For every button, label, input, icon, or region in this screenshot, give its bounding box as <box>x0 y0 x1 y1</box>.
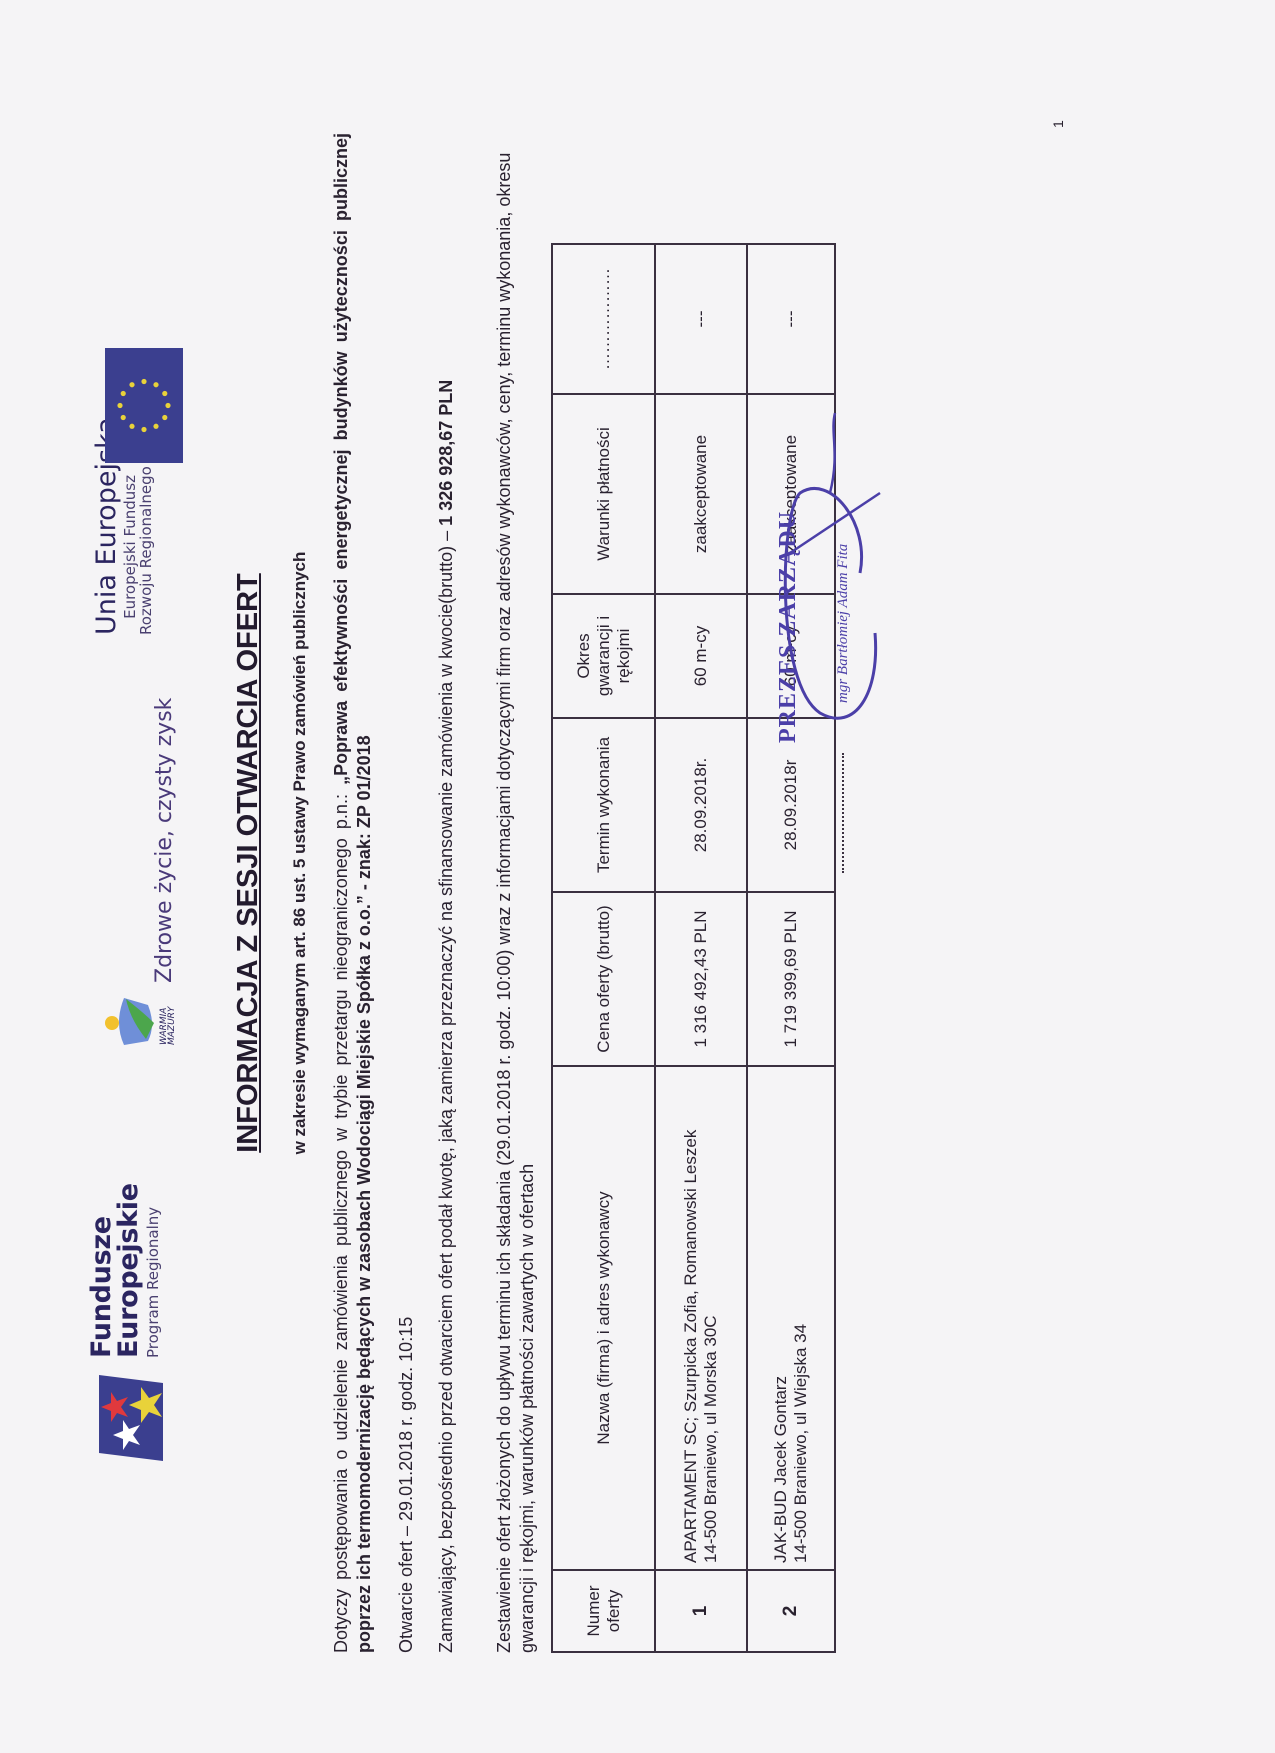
offer-deadline: 28.09.2018r. <box>655 718 747 892</box>
funds-logo-text: Fundusze Europejskie Program Regionalny <box>88 1183 161 1358</box>
page-title: INFORMACJA Z SESJI OTWARCIA OFERT <box>232 453 265 1273</box>
table-row: 1 APARTAMENT SC; Szurpicka Zofia, Romano… <box>655 244 747 1652</box>
svg-text:MAZURY: MAZURY <box>167 1005 175 1045</box>
header-price: Cena oferty (brutto) <box>552 892 655 1066</box>
header-number: Numer oferty <box>552 1570 655 1652</box>
eu-flag-icon <box>105 348 183 463</box>
scanned-page: Fundusze Europejskie Program Regionalny … <box>0 0 1275 1753</box>
offer-contractor: JAK-BUD Jacek Gontarz 14-500 Braniewo, u… <box>747 1066 835 1570</box>
page-subtitle: w zakresie wymaganym art. 86 ust. 5 usta… <box>290 253 310 1453</box>
table-header-row: Numer oferty Nazwa (firma) i adres wykon… <box>552 244 655 1652</box>
offer-contractor: APARTAMENT SC; Szurpicka Zofia, Romanows… <box>655 1066 747 1570</box>
offer-number: 1 <box>655 1570 747 1652</box>
budget-amount: 1 326 928,67 PLN <box>436 380 456 526</box>
header-warranty: Okres gwarancji i rękojmi <box>552 594 655 718</box>
procedure-intro: Dotyczy postępowania o udzielenie zamówi… <box>331 785 351 1653</box>
offer-warranty: 60 m-cy <box>655 594 747 718</box>
offer-price: 1 316 492,43 PLN <box>655 892 747 1066</box>
regional-slogan: Zdrowe życie, czysty zysk <box>152 698 177 983</box>
warmia-mazury-icon: WARMIA MAZURY <box>100 983 175 1053</box>
opening-date: Otwarcie ofert – 29.01.2018 r. godz. 10:… <box>395 1317 418 1653</box>
offer-extra: --- <box>747 244 835 394</box>
header-name: Nazwa (firma) i adres wykonawcy <box>552 1066 655 1570</box>
offer-number: 2 <box>747 1570 835 1652</box>
offers-summary: Zestawienie ofert złożonych do upływu te… <box>493 143 539 1653</box>
offer-extra: --- <box>655 244 747 394</box>
offer-payment: zaakceptowane <box>655 394 747 594</box>
procedure-description: Dotyczy postępowania o udzielenie zamówi… <box>330 133 376 1653</box>
budget-statement: Zamawiający, bezpośrednio przed otwarcie… <box>435 380 458 1653</box>
funds-stars-icon <box>95 1373 167 1463</box>
eu-logo-text: Unia Europejska Europejski Fundusz Rozwo… <box>92 475 155 635</box>
page-number: 1 <box>1050 120 1066 128</box>
header-deadline: Termin wykonania <box>552 718 655 892</box>
handwritten-signature-icon <box>760 373 900 753</box>
signature-dotted-line <box>842 753 844 873</box>
header-extra: ……………… <box>552 244 655 394</box>
header-payment: Warunki płatności <box>552 394 655 594</box>
offer-price: 1 719 399,69 PLN <box>747 892 835 1066</box>
budget-text: Zamawiający, bezpośrednio przed otwarcie… <box>436 526 456 1653</box>
